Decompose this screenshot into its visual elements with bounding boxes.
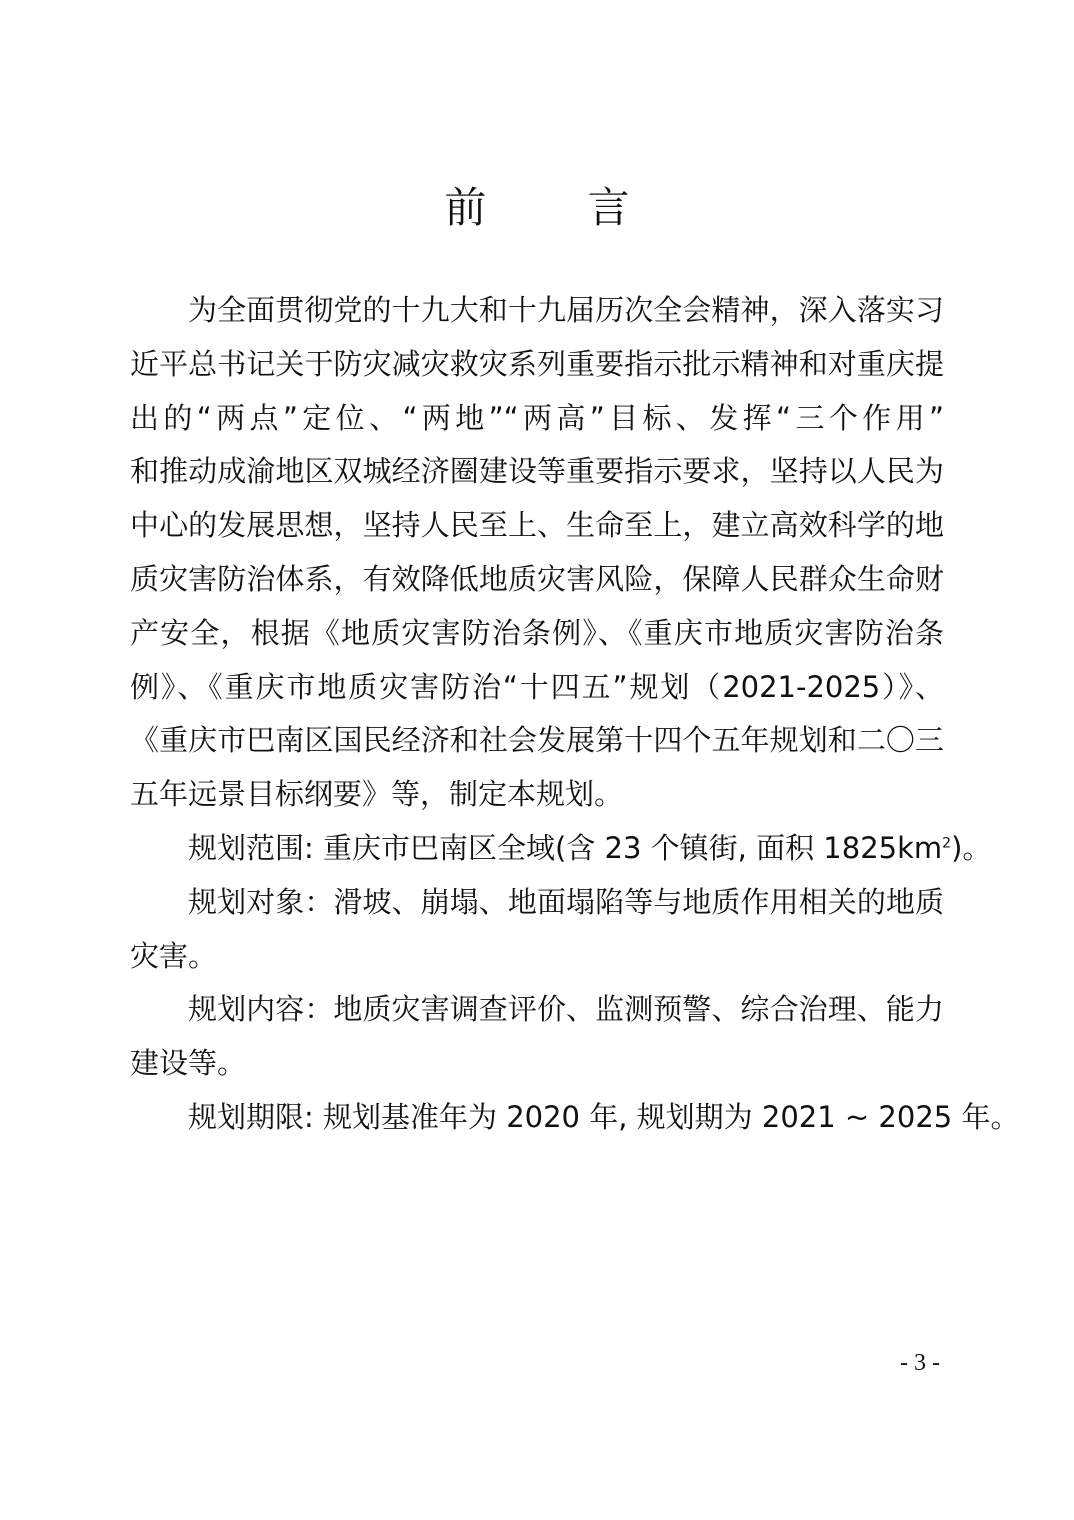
text-line: 近平总书记关于防灾减灾救灾系列重要指示批示精神和对重庆提 — [130, 338, 944, 392]
planning-content: 规划内容：地质灾害调查评价、监测预警、综合治理、能力 建设等。 — [130, 983, 944, 1091]
text-line: 中心的发展思想，坚持人民至上、生命至上，建立高效科学的地 — [130, 499, 944, 553]
text-line: 和推动成渝地区双城经济圈建设等重要指示要求，坚持以人民为 — [130, 445, 944, 499]
superscript: 2 — [942, 835, 951, 851]
text-line: 质灾害防治体系，有效降低地质灾害风险，保障人民群众生命财 — [130, 553, 944, 607]
text-line: 规划期限: 规划基准年为 2020 年, 规划期为 2021 ~ 2025 年。 — [130, 1091, 944, 1145]
text-line: 五年远景目标纲要》等，制定本规划。 — [130, 768, 944, 822]
preface-paragraph: 为全面贯彻党的十九大和十九届历次全会精神，深入落实习 近平总书记关于防灾减灾救灾… — [130, 284, 944, 822]
planning-objects: 规划对象：滑坡、崩塌、地面塌陷等与地质作用相关的地质 灾害。 — [130, 876, 944, 984]
page-title: 前 言 — [0, 180, 1074, 236]
text-line: 为全面贯彻党的十九大和十九届历次全会精神，深入落实习 — [130, 284, 944, 338]
document-body: 为全面贯彻党的十九大和十九届历次全会精神，深入落实习 近平总书记关于防灾减灾救灾… — [130, 284, 944, 1145]
text-line: 规划内容：地质灾害调查评价、监测预警、综合治理、能力 — [130, 983, 944, 1037]
page-number: - 3 - — [900, 1350, 940, 1377]
text-line: 灾害。 — [130, 930, 944, 984]
text-line: 出的“两点”定位、“两地”“两高”目标、发挥“三个作用” — [130, 392, 944, 446]
text-line: 产安全，根据《地质灾害防治条例》、《重庆市地质灾害防治条 — [130, 607, 944, 661]
text-line: 规划对象：滑坡、崩塌、地面塌陷等与地质作用相关的地质 — [130, 876, 944, 930]
text-line: 建设等。 — [130, 1037, 944, 1091]
scope-suffix: )。 — [951, 831, 991, 865]
scope-text: 规划范围: 重庆市巴南区全域(含 23 个镇街, 面积 1825km — [188, 831, 942, 865]
planning-period: 规划期限: 规划基准年为 2020 年, 规划期为 2021 ~ 2025 年。 — [130, 1091, 944, 1145]
planning-scope: 规划范围: 重庆市巴南区全域(含 23 个镇街, 面积 1825km2)。 — [130, 822, 944, 876]
text-line: 《重庆市巴南区国民经济和社会发展第十四个五年规划和二〇三 — [130, 714, 944, 768]
text-line: 例》、《重庆市地质灾害防治“十四五”规划（2021-2025）》、 — [130, 661, 944, 715]
